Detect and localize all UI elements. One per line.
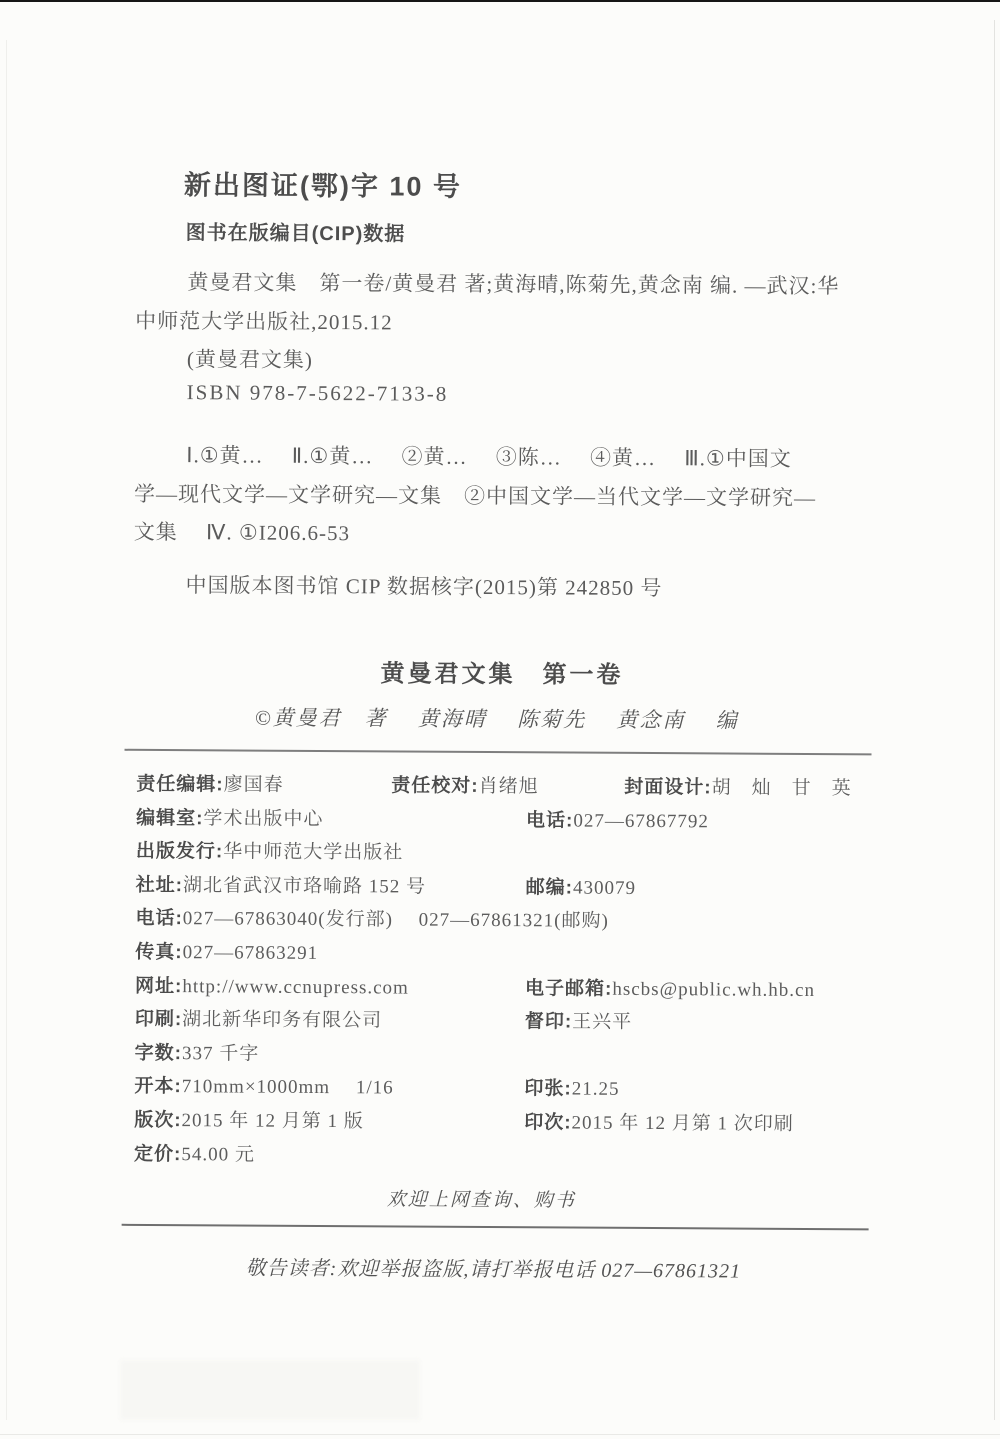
colophon-table: 责任编辑:廖国春 责任校对:肖绪旭 封面设计:胡 灿 甘 英 编辑室:学术出版中… — [0, 767, 996, 1176]
editorial-office: 编辑室:学术出版中心 — [136, 801, 324, 837]
classification-line3: 文集 Ⅳ. ①I206.6-53 — [134, 516, 350, 547]
website-label: 网址: — [135, 975, 182, 996]
anti-piracy-notice: 敬告读者:欢迎举报盗版,请打举报电话 027—67861321 — [0, 1250, 993, 1285]
cover-designer-label: 封面设计: — [624, 777, 711, 799]
table-row: 定价:54.00 元 — [0, 1137, 994, 1177]
email-label: 电子邮箱: — [525, 978, 612, 1000]
postcode: 邮编:430079 — [526, 871, 637, 906]
office-phone-value: 027—67867792 — [573, 810, 709, 832]
print-supervisor-label: 督印: — [525, 1011, 572, 1032]
publisher: 出版发行:华中师范大学出版社 — [136, 835, 404, 871]
printer-value: 湖北新华印务有限公司 — [182, 1009, 382, 1031]
print-supervisor: 督印:王兴平 — [525, 1005, 633, 1040]
publisher-value: 华中师范大学出版社 — [223, 842, 403, 864]
publication-permit-number: 新出图证(鄂)字 10 号 — [184, 163, 462, 204]
publisher-label: 出版发行: — [136, 841, 223, 863]
website-value: http://www.ccnupress.com — [182, 976, 409, 998]
responsible-editor: 责任编辑:廖国春 — [136, 768, 284, 803]
email: 电子邮箱:hscbs@public.wh.hb.cn — [525, 972, 815, 1008]
responsible-editor-label: 责任编辑: — [136, 774, 223, 796]
price-label: 定价: — [134, 1143, 181, 1164]
print-supervisor-value: 王兴平 — [572, 1012, 632, 1033]
printer: 印刷:湖北新华印务有限公司 — [135, 1003, 383, 1039]
printed-sheets-value: 21.25 — [572, 1079, 620, 1100]
impression-label: 印次: — [524, 1112, 571, 1133]
printed-sheets-label: 印张: — [524, 1079, 571, 1100]
office-phone-label: 电话: — [526, 810, 573, 831]
postcode-value: 430079 — [573, 877, 636, 898]
publisher-address-label: 社址: — [136, 875, 183, 896]
cover-designer-value: 胡 灿 甘 英 — [712, 777, 852, 799]
proofreader: 责任校对:肖绪旭 — [391, 769, 539, 804]
printed-sheets: 印张:21.25 — [524, 1073, 619, 1108]
cip-section-heading: 图书在版编目(CIP)数据 — [186, 216, 406, 246]
proofreader-value: 肖绪旭 — [479, 776, 539, 797]
page-content: 新出图证(鄂)字 10 号 图书在版编目(CIP)数据 黄曼君文集 第一卷/黄曼… — [0, 0, 1000, 1439]
cip-record-number: 中国版本图书馆 CIP 数据核字(2015)第 242850 号 — [185, 569, 662, 602]
website: 网址:http://www.ccnupress.com — [135, 969, 409, 1005]
sales-phone-value: 027—67863040(发行部) 027—67861321(邮购) — [183, 909, 609, 933]
series-note: (黄曼君文集) — [187, 343, 313, 374]
fax-label: 传真: — [135, 942, 182, 963]
isbn-number: ISBN 978-7-5622-7133-8 — [187, 380, 449, 407]
sales-phone-label: 电话: — [135, 908, 182, 929]
printer-label: 印刷: — [135, 1009, 182, 1030]
price-value: 54.00 元 — [181, 1144, 255, 1165]
office-phone: 电话:027—67867792 — [526, 804, 709, 840]
publisher-address-value: 湖北省武汉市珞喻路 152 号 — [183, 875, 426, 897]
book-format-label: 开本: — [134, 1076, 181, 1097]
divider-rule-bottom — [122, 1224, 869, 1231]
impression-value: 2015 年 12 月第 1 次印刷 — [572, 1112, 794, 1134]
word-count-value: 337 千字 — [182, 1043, 259, 1064]
responsible-editor-value: 廖国春 — [224, 774, 284, 795]
classification-line2: 学—现代文学—文学研究—文集 ②中国文学—当代文学—文学研究— — [134, 478, 816, 512]
impression: 印次:2015 年 12 月第 1 次印刷 — [524, 1106, 794, 1142]
editorial-office-value: 学术出版中心 — [203, 808, 323, 830]
divider-rule-top — [125, 749, 872, 756]
book-format: 开本:710mm×1000mm 1/16 — [134, 1070, 393, 1106]
publisher-address: 社址:湖北省武汉市珞喻路 152 号 — [136, 869, 427, 905]
copyright-author-line: ©黄曼君 著 黄海晴 陈菊先 黄念南 编 — [0, 700, 997, 736]
word-count-label: 字数: — [135, 1043, 182, 1064]
word-count: 字数:337 千字 — [135, 1037, 260, 1072]
book-title: 黄曼君文集 第一卷 — [7, 651, 997, 692]
book-format-value: 710mm×1000mm 1/16 — [182, 1076, 394, 1098]
edition-value: 2015 年 12 月第 1 版 — [182, 1110, 364, 1132]
online-purchase-note: 欢迎上网查询、购书 — [0, 1182, 969, 1215]
email-value: hscbs@public.wh.hb.cn — [612, 978, 815, 1000]
cover-designer: 封面设计:胡 灿 甘 英 — [624, 771, 852, 807]
postcode-label: 邮编: — [526, 877, 573, 898]
sales-phone: 电话:027—67863040(发行部) 027—67861321(邮购) — [135, 902, 609, 939]
cip-entry-line2: 中师范大学出版社,2015.12 — [135, 305, 393, 337]
edition: 版次:2015 年 12 月第 1 版 — [134, 1104, 364, 1140]
fax-value: 027—67863291 — [183, 942, 319, 964]
editorial-office-label: 编辑室: — [136, 807, 203, 828]
cip-entry-line1: 黄曼君文集 第一卷/黄曼君 著;黄海晴,陈菊先,黄念南 编. —武汉:华 — [187, 266, 839, 300]
price: 定价:54.00 元 — [134, 1137, 255, 1172]
proofreader-label: 责任校对: — [391, 775, 478, 797]
fax: 传真:027—67863291 — [135, 936, 318, 972]
copyright-page: 新出图证(鄂)字 10 号 图书在版编目(CIP)数据 黄曼君文集 第一卷/黄曼… — [0, 0, 1000, 1439]
edition-label: 版次: — [134, 1110, 181, 1131]
classification-line1: Ⅰ.①黄… Ⅱ.①黄… ②黄… ③陈… ④黄… Ⅲ.①中国文 — [186, 439, 792, 473]
